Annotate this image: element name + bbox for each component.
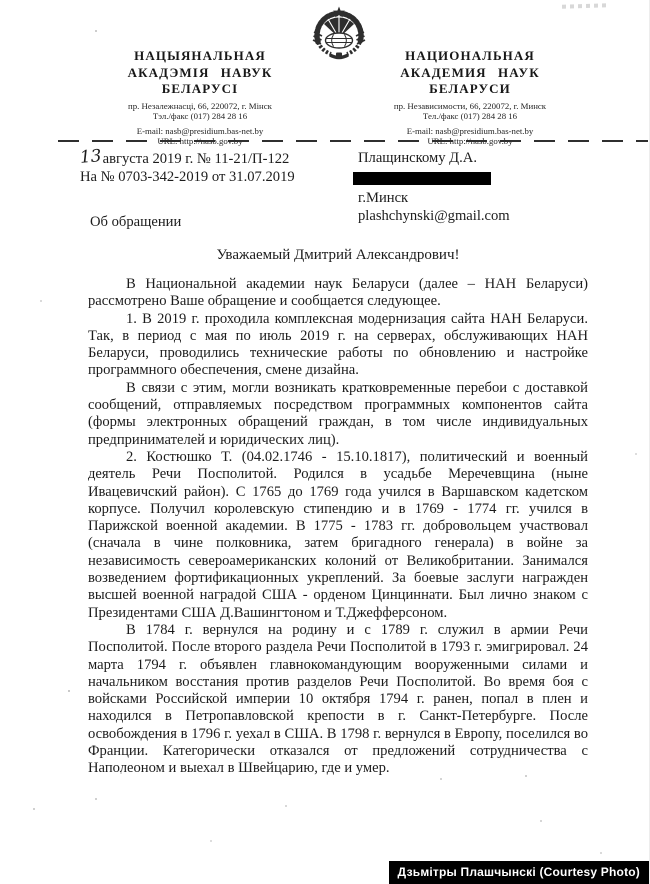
body-paragraph: В Национальной академии наук Беларуси (д… xyxy=(88,276,588,311)
body-paragraph: В 1784 г. вернулся на родину и с 1789 г.… xyxy=(88,622,588,778)
org-name-line: АКАДЕМИЯ НАУК xyxy=(356,65,584,82)
photo-credit-caption: Дзьмітры Плашчынскі (Courtesy Photo) xyxy=(389,861,649,884)
org-name-line: БЕЛАРУСИ xyxy=(356,81,584,98)
handwritten-day: 13 xyxy=(79,147,102,167)
org-address: пр. Незалежнасці, 66, 220072, г. Мінск xyxy=(86,101,314,112)
org-phone: Тэл./факс (017) 284 28 16 xyxy=(86,111,314,122)
salutation: Уважаемый Дмитрий Александрович! xyxy=(88,247,588,264)
reference-block: 13августа 2019 г. № 11-21/П-122 На № 070… xyxy=(80,149,295,186)
org-name-line: БЕЛАРУСІ xyxy=(86,81,314,98)
letter-body: В Национальной академии наук Беларуси (д… xyxy=(88,276,588,778)
subject-line: Об обращении xyxy=(90,214,181,231)
body-paragraph: 2. Костюшко Т. (04.02.1746 - 15.10.1817)… xyxy=(88,449,588,622)
org-email: E-mail: nasb@presidium.bas-net.by xyxy=(86,126,314,137)
recipient-email: plashchynski@gmail.com xyxy=(358,207,510,225)
org-email: E-mail: nasb@presidium.bas-net.by xyxy=(356,126,584,137)
letterhead-belarusian: НАЦЫЯНАЛЬНАЯ АКАДЭМІЯ НАВУК БЕЛАРУСІ пр.… xyxy=(86,48,314,147)
org-name-line: НАЦЫЯНАЛЬНАЯ xyxy=(86,48,314,65)
org-phone: Тел./факс (017) 284 28 16 xyxy=(356,111,584,122)
letterhead-russian: НАЦИОНАЛЬНАЯ АКАДЕМИЯ НАУК БЕЛАРУСИ пр. … xyxy=(356,48,584,147)
org-name-line: НАЦИОНАЛЬНАЯ xyxy=(356,48,584,65)
org-address: пр. Независимости, 66, 220072, г. Минск xyxy=(356,101,584,112)
recipient-name: Плащинскому Д.А. xyxy=(358,149,510,167)
body-paragraph: В связи с этим, могли возникать кратковр… xyxy=(88,380,588,449)
scan-specks xyxy=(0,0,2,2)
org-name-line: АКАДЭМІЯ НАВУК xyxy=(86,65,314,82)
scanned-letter-photo: НАЦЫЯНАЛЬНАЯ АКАДЭМІЯ НАВУК БЕЛАРУСІ пр.… xyxy=(0,0,650,884)
reply-reference-line: На № 0703-342-2019 от 31.07.2019 xyxy=(80,168,295,186)
scan-smudge xyxy=(562,3,608,9)
body-paragraph: 1. В 2019 г. проходила комплексная модер… xyxy=(88,311,588,380)
recipient-city: г.Минск xyxy=(358,189,510,207)
dashed-divider xyxy=(58,140,648,142)
recipient-block: Плащинскому Д.А. г.Минск plashchynski@gm… xyxy=(358,149,510,225)
redaction-bar xyxy=(353,172,491,185)
date-line: 13августа 2019 г. № 11-21/П-122 xyxy=(80,149,295,168)
